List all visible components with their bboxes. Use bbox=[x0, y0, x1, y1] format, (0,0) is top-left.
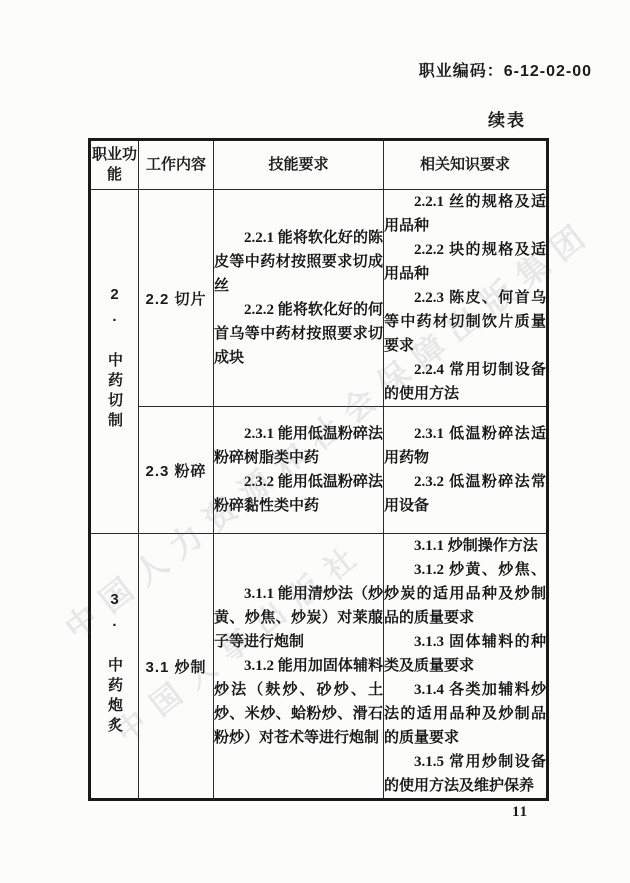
skill-item: 2.3.2 能用低温粉碎法粉碎黏性类中药 bbox=[214, 470, 383, 518]
knowledge-item: 3.1.3 固体辅料的种类及质量要求 bbox=[384, 630, 546, 678]
table-row: 2.3 粉碎 2.3.1 能用低温粉碎法粉碎树脂类中药 2.3.2 能用低温粉碎… bbox=[90, 407, 548, 534]
knowledge-cell-2-3: 2.3.1 低温粉碎法适用药物 2.3.2 低温粉碎法常用设备 bbox=[384, 407, 548, 534]
function-label-section-2: 2. 中药切制 bbox=[107, 286, 122, 432]
occupation-code: 职业编码：6-12-02-00 bbox=[419, 58, 592, 81]
knowledge-item: 2.2.2 块的规格及适用品种 bbox=[384, 238, 546, 286]
skill-item: 3.1.1 能用清炒法（炒黄、炒焦、炒炭）对莱菔子等进行炮制 bbox=[214, 582, 383, 654]
knowledge-item: 3.1.1 炒制操作方法 bbox=[384, 534, 546, 558]
function-cell-section-2: 2. 中药切制 bbox=[90, 190, 139, 534]
knowledge-item: 2.2.3 陈皮、何首乌等中药材切制饮片质量要求 bbox=[384, 286, 546, 358]
knowledge-item: 2.2.1 丝的规格及适用品种 bbox=[384, 190, 546, 238]
knowledge-item: 3.1.4 各类加辅料炒法的适用品种及炒制品的质量要求 bbox=[384, 678, 546, 750]
knowledge-item: 2.3.2 低温粉碎法常用设备 bbox=[384, 470, 546, 518]
skill-item: 3.1.2 能用加固体辅料炒法（麸炒、砂炒、土炒、米炒、蛤粉炒、滑石粉炒）对苍术… bbox=[214, 654, 383, 750]
table-row: 2. 中药切制 2.2 切片 2.2.1 能将软化好的陈皮等中药材按照要求切成丝… bbox=[90, 190, 548, 407]
work-cell-3-1: 3.1 炒制 bbox=[139, 534, 214, 800]
function-cell-section-3: 3. 中药炮炙 bbox=[90, 534, 139, 800]
knowledge-item: 2.2.4 常用切制设备的使用方法 bbox=[384, 358, 546, 406]
requirements-table: 职业功能 工作内容 技能要求 相关知识要求 2. 中药切制 2.2 切片 2.2… bbox=[88, 138, 549, 801]
header-knowledge-requirements: 相关知识要求 bbox=[384, 140, 548, 190]
header-occupational-function: 职业功能 bbox=[90, 140, 139, 190]
skills-cell-2-2: 2.2.1 能将软化好的陈皮等中药材按照要求切成丝 2.2.2 能将软化好的何首… bbox=[214, 190, 384, 407]
header-skill-requirements: 技能要求 bbox=[214, 140, 384, 190]
header-work-content: 工作内容 bbox=[139, 140, 214, 190]
knowledge-item: 3.1.5 常用炒制设备的使用方法及维护保养 bbox=[384, 750, 546, 798]
knowledge-cell-3-1: 3.1.1 炒制操作方法 3.1.2 炒黄、炒焦、炒炭的适用品种及炒制品的质量要… bbox=[384, 534, 548, 800]
table-row: 3. 中药炮炙 3.1 炒制 3.1.1 能用清炒法（炒黄、炒焦、炒炭）对莱菔子… bbox=[90, 534, 548, 800]
function-label-section-3: 3. 中药炮炙 bbox=[107, 591, 122, 737]
knowledge-cell-2-2: 2.2.1 丝的规格及适用品种 2.2.2 块的规格及适用品种 2.2.3 陈皮… bbox=[384, 190, 548, 407]
work-cell-2-2: 2.2 切片 bbox=[139, 190, 214, 407]
continued-table-label: 续表 bbox=[488, 106, 526, 131]
knowledge-item: 2.3.1 低温粉碎法适用药物 bbox=[384, 422, 546, 470]
document-page: 中国人力资源和社会保障出版集团 中国人事出版社 职业编码：6-12-02-00 … bbox=[0, 0, 630, 883]
knowledge-item: 3.1.2 炒黄、炒焦、炒炭的适用品种及炒制品的质量要求 bbox=[384, 558, 546, 630]
table-header-row: 职业功能 工作内容 技能要求 相关知识要求 bbox=[90, 140, 548, 190]
skill-item: 2.2.2 能将软化好的何首乌等中药材按照要求切成块 bbox=[214, 298, 383, 370]
skill-item: 2.2.1 能将软化好的陈皮等中药材按照要求切成丝 bbox=[214, 226, 383, 298]
work-cell-2-3: 2.3 粉碎 bbox=[139, 407, 214, 534]
page-number: 11 bbox=[512, 804, 528, 821]
skill-item: 2.3.1 能用低温粉碎法粉碎树脂类中药 bbox=[214, 422, 383, 470]
skills-cell-3-1: 3.1.1 能用清炒法（炒黄、炒焦、炒炭）对莱菔子等进行炮制 3.1.2 能用加… bbox=[214, 534, 384, 800]
skills-cell-2-3: 2.3.1 能用低温粉碎法粉碎树脂类中药 2.3.2 能用低温粉碎法粉碎黏性类中… bbox=[214, 407, 384, 534]
